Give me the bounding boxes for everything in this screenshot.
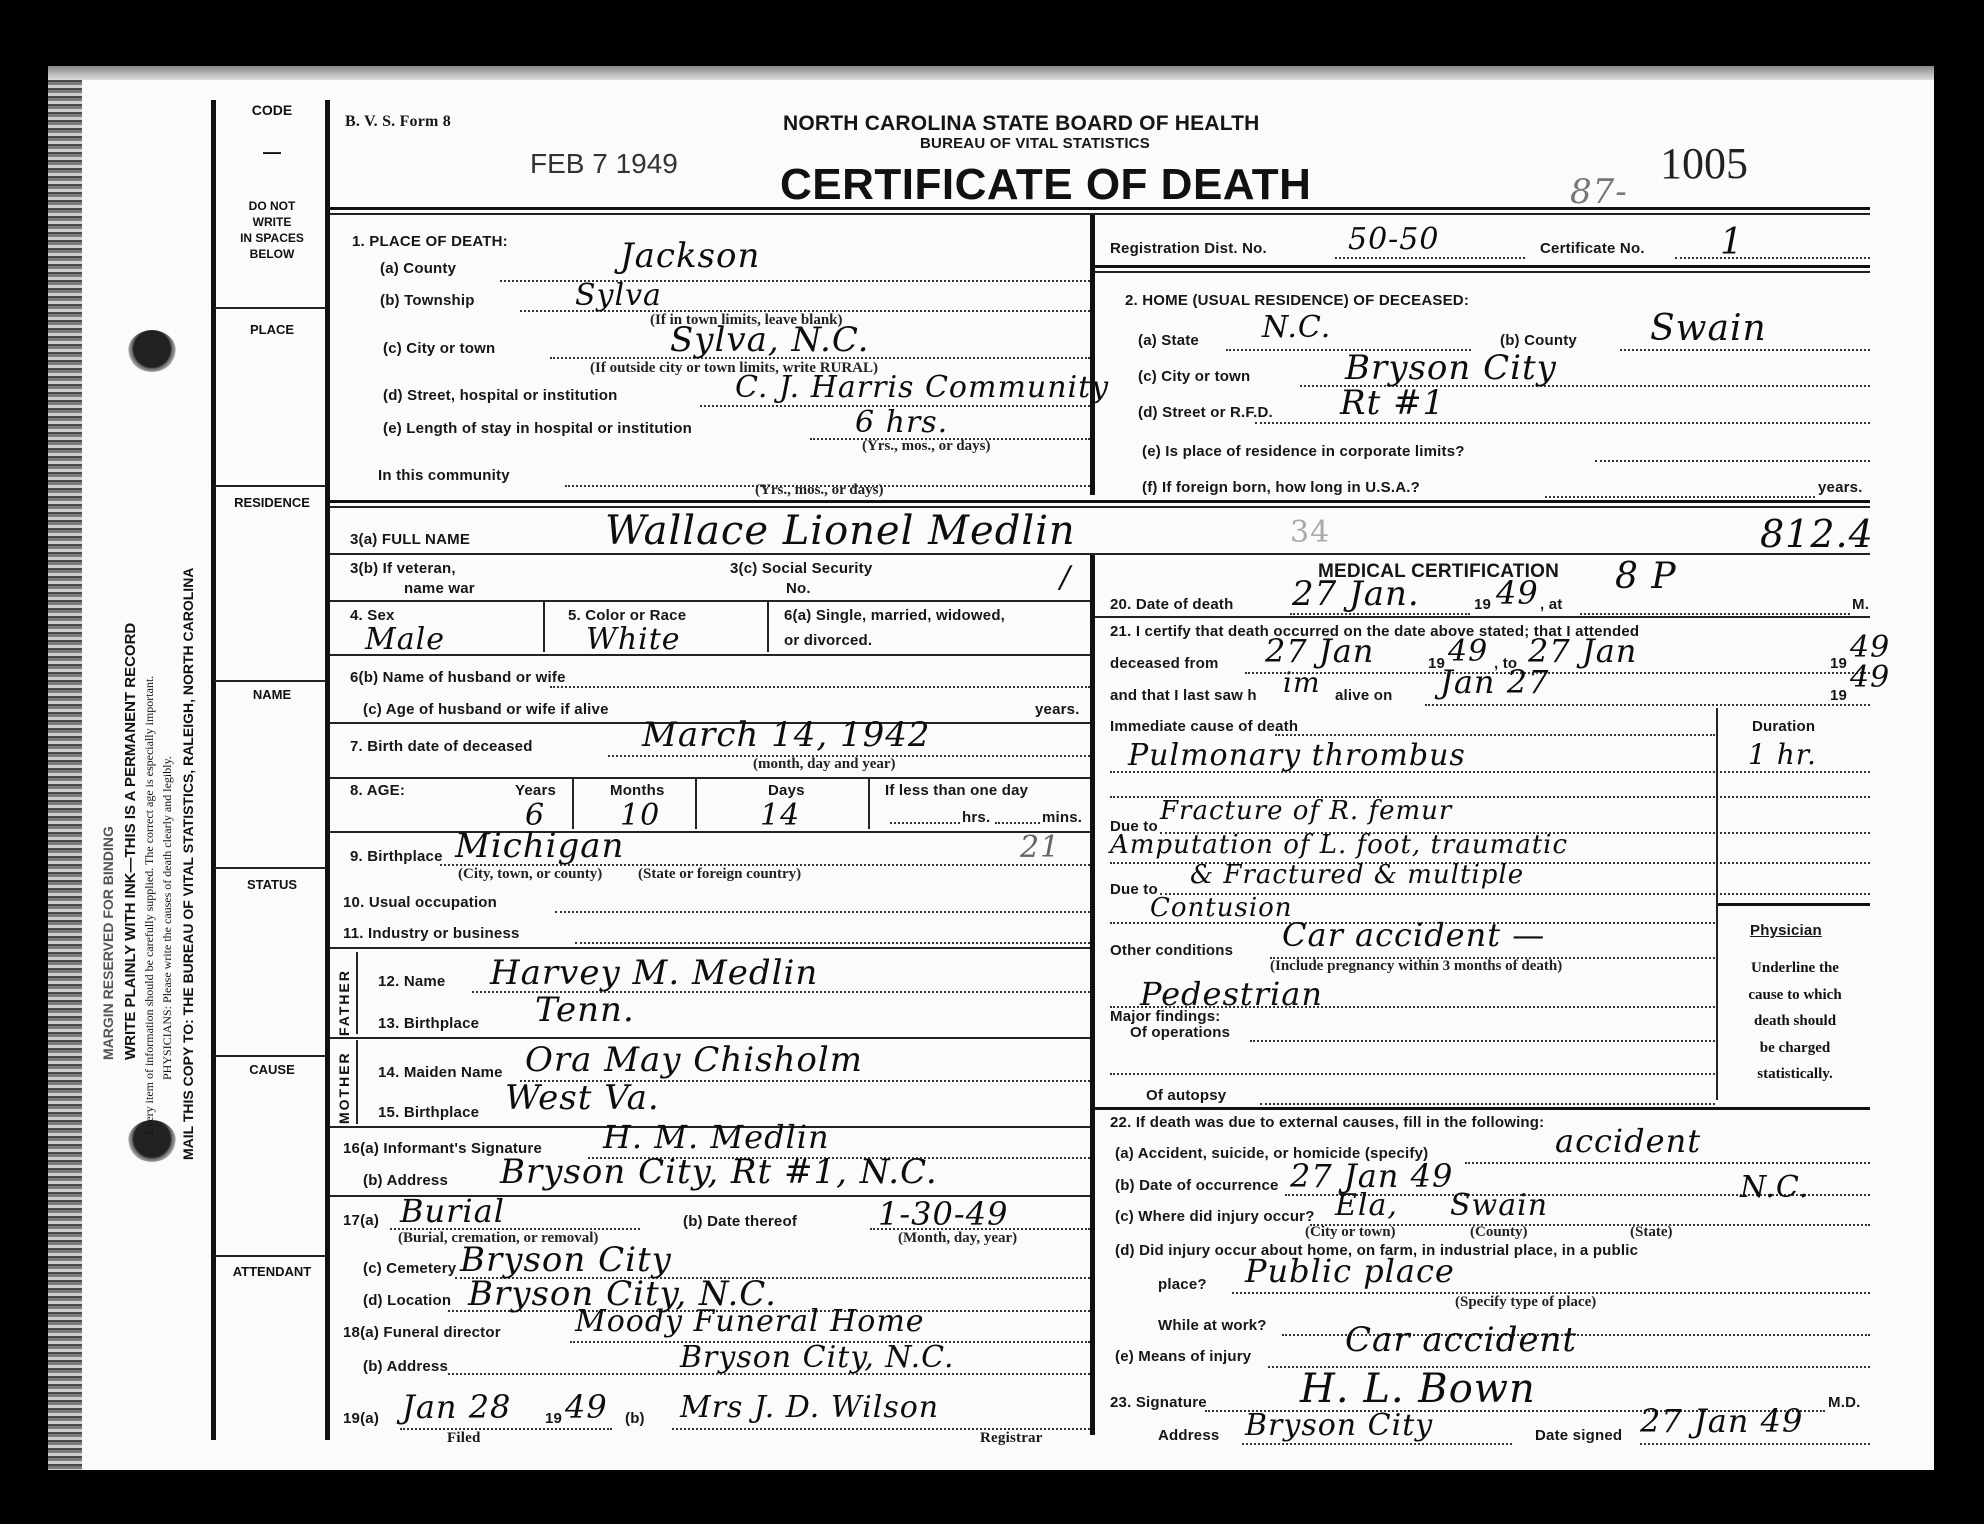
rule-12 — [330, 947, 1090, 949]
spouse-age-unit: years. — [1035, 701, 1080, 718]
death-m-label: M. — [1852, 596, 1869, 613]
code-note-line: BELOW — [216, 246, 328, 262]
duration-line-5 — [1720, 893, 1870, 895]
cemetery-label: (c) Cemetery — [363, 1260, 456, 1277]
foreign-line — [1545, 496, 1815, 498]
certificate-title: CERTIFICATE OF DEATH — [780, 160, 1311, 210]
filed-caption: Filed — [447, 1430, 481, 1447]
death-city[interactable]: Sylva, N.C. — [670, 320, 869, 360]
foreign-unit: years. — [1818, 479, 1863, 496]
death-date[interactable]: 27 Jan. — [1292, 574, 1420, 614]
registration-dist[interactable]: 50-50 — [1348, 222, 1439, 257]
name-pencil-note: 34 — [1290, 515, 1330, 550]
duration-line-2 — [1720, 796, 1870, 798]
res-county-line — [1620, 349, 1870, 351]
physician-note-line: death should — [1720, 1008, 1870, 1035]
code-column-left-border — [211, 100, 216, 1440]
registrar-caption: Registrar — [980, 1430, 1043, 1447]
means-label: (e) Means of injury — [1115, 1348, 1251, 1365]
duration-line-1 — [1720, 771, 1870, 773]
birth-date[interactable]: March 14, 1942 — [642, 715, 931, 755]
physician-address-line — [1242, 1443, 1512, 1445]
residence-state-label: (a) State — [1138, 332, 1199, 349]
other-conditions-label: Other conditions — [1110, 942, 1233, 959]
occurrence-date-label: (b) Date of occurrence — [1115, 1177, 1279, 1194]
occupation-label: 10. Usual occupation — [343, 894, 497, 911]
death-stay[interactable]: 6 hrs. — [855, 405, 948, 440]
margin-write-plainly: WRITE PLAINLY WITH INK—THIS IS A PERMANE… — [122, 623, 139, 1060]
death-year-prefix: 19 — [1474, 596, 1491, 613]
burial-date[interactable]: 1-30-49 — [878, 1195, 1008, 1233]
due-to-1a[interactable]: Fracture of R. femur — [1160, 796, 1452, 826]
registration-dist-label: Registration Dist. No. — [1110, 240, 1267, 257]
physician-note-line: Underline the — [1720, 955, 1870, 982]
code-section-status: STATUS — [216, 877, 328, 892]
hrs-line — [890, 822, 960, 824]
physician-address[interactable]: Bryson City — [1245, 1408, 1433, 1443]
age-label: 8. AGE: — [350, 782, 405, 799]
registrar-signature[interactable]: Mrs J. D. Wilson — [680, 1390, 939, 1425]
registration-rule-2 — [1095, 271, 1870, 273]
alive-on-label: alive on — [1335, 687, 1392, 704]
rule-9 — [330, 831, 1090, 833]
sex-value[interactable]: Male — [365, 622, 445, 657]
certificate-no[interactable]: 1 — [1720, 222, 1744, 263]
corporate-line — [1595, 460, 1870, 462]
code-divider — [214, 307, 326, 309]
cause-code-number: 812.4 — [1760, 512, 1874, 556]
death-time[interactable]: 8 P — [1615, 556, 1677, 597]
filed-label: 19(a) — [343, 1410, 379, 1427]
name-rule-bottom — [330, 553, 1870, 555]
mother-birthplace[interactable]: West Va. — [505, 1078, 660, 1118]
code-note-line: IN SPACES — [216, 230, 328, 246]
burial-date-note: (Month, day, year) — [898, 1230, 1017, 1247]
marital-label-2: or divorced. — [784, 632, 872, 649]
date-signed-line — [1640, 1443, 1870, 1445]
death-time-line — [1580, 613, 1850, 615]
alive-year-prefix: 19 — [1830, 687, 1847, 704]
father-side-label: FATHER — [336, 969, 352, 1036]
last-saw-him[interactable]: im — [1283, 666, 1321, 699]
veteran-label-2: name war — [404, 580, 475, 597]
race-marital-divider — [767, 602, 769, 652]
birth-date-note: (month, day and year) — [753, 756, 896, 773]
physician-address-label: Address — [1158, 1427, 1219, 1444]
age-divider-3 — [868, 779, 870, 829]
mother-birthplace-label: 15. Birthplace — [378, 1104, 479, 1121]
father-name[interactable]: Harvey M. Medlin — [490, 953, 818, 993]
code-note-line: DO NOT — [216, 198, 328, 214]
code-section-residence: RESIDENCE — [216, 495, 328, 510]
margin-mail-to: MAIL THIS COPY TO: THE BUREAU OF VITAL S… — [180, 568, 196, 1160]
industry-label: 11. Industry or business — [343, 925, 520, 942]
burial-date-label: (b) Date thereof — [683, 1213, 797, 1230]
age-months[interactable]: 10 — [620, 798, 660, 833]
mins-line — [995, 822, 1040, 824]
middle-divider-bottom — [1090, 555, 1095, 1435]
age-days[interactable]: 14 — [760, 798, 800, 833]
community-label: In this community — [378, 467, 510, 484]
father-name-label: 12. Name — [378, 973, 445, 990]
alive-on-year[interactable]: 49 — [1850, 660, 1890, 695]
county-label: (a) County — [380, 260, 456, 277]
where-state[interactable]: N.C. — [1740, 1170, 1809, 1205]
attended-from-date[interactable]: 27 Jan — [1265, 632, 1374, 670]
pregnancy-note: (Include pregnancy within 3 months of de… — [1270, 958, 1562, 975]
spouse-name-label: 6(b) Name of husband or wife — [350, 669, 566, 686]
days-label: Days — [768, 782, 805, 799]
where-city[interactable]: Ela, — [1335, 1188, 1398, 1223]
form-id: B. V. S. Form 8 — [345, 113, 451, 131]
dist-line — [1335, 257, 1525, 259]
md-label: M.D. — [1828, 1394, 1860, 1411]
due-to-2a[interactable]: & Fractured & multiple — [1190, 860, 1524, 890]
birthplace[interactable]: Michigan — [455, 826, 624, 866]
death-street[interactable]: C. J. Harris Community — [735, 370, 1109, 405]
immediate-cause-line-2 — [1110, 771, 1715, 773]
autopsy-label: Of autopsy — [1146, 1087, 1226, 1104]
residence-heading: 2. HOME (USUAL RESIDENCE) OF DECEASED: — [1125, 292, 1469, 309]
margin-physicians-note: PHYSICIANS: Please write the causes of d… — [160, 756, 175, 1080]
due-to-1b[interactable]: Amputation of L. foot, traumatic — [1110, 830, 1568, 860]
birth-date-label: 7. Birth date of deceased — [350, 738, 533, 755]
rule-21 — [1095, 616, 1870, 618]
township-label: (b) Township — [380, 292, 475, 309]
registration-rule — [1095, 265, 1870, 268]
where-label: (c) Where did injury occur? — [1115, 1208, 1315, 1225]
mother-bracket — [356, 1040, 358, 1124]
hrs-label: hrs. — [962, 809, 990, 826]
code-column-right-border — [325, 100, 330, 1440]
death-date-label: 20. Date of death — [1110, 596, 1233, 613]
place-heading: 1. PLACE OF DEATH: — [352, 233, 508, 250]
rule-4 — [330, 600, 1090, 602]
code-section-cause: CAUSE — [216, 1062, 328, 1077]
duration-line-3 — [1720, 832, 1870, 834]
name-rule-top — [330, 500, 1870, 503]
full-name[interactable]: Wallace Lionel Medlin — [605, 508, 1076, 554]
veteran-label: 3(b) If veteran, — [350, 560, 456, 577]
date-signed-label: Date signed — [1535, 1427, 1622, 1444]
punch-hole-top — [128, 330, 176, 372]
alive-line — [1425, 704, 1870, 706]
physician-box-top — [1718, 903, 1870, 906]
major-findings-label: Major findings: — [1110, 1008, 1221, 1025]
residence-county[interactable]: Swain — [1650, 308, 1767, 349]
industry-line — [575, 942, 1090, 944]
code-section-name: NAME — [216, 687, 328, 702]
due-to-2b[interactable]: Contusion — [1150, 893, 1293, 923]
mother-maiden-label: 14. Maiden Name — [378, 1064, 503, 1081]
city-label: (c) City or town — [383, 340, 495, 357]
operations-line — [1250, 1040, 1715, 1042]
agency-name: NORTH CAROLINA STATE BOARD OF HEALTH — [783, 112, 1260, 136]
duration-line-4 — [1720, 862, 1870, 864]
physician-title: Physician — [1750, 922, 1822, 939]
years-label: Years — [515, 782, 556, 799]
rule-8 — [330, 777, 1090, 779]
spouse-line — [550, 686, 1090, 688]
code-section-attendant: ATTENDANT — [216, 1264, 328, 1279]
bureau-name: BUREAU OF VITAL STATISTICS — [920, 135, 1150, 152]
operations-label: Of operations — [1130, 1024, 1230, 1041]
rule-6b — [330, 654, 1090, 656]
full-name-label: 3(a) FULL NAME — [350, 531, 470, 548]
to-year-prefix: 19 — [1830, 655, 1847, 672]
father-bracket — [356, 952, 358, 1034]
informant-signature[interactable]: H. M. Medlin — [603, 1118, 830, 1156]
code-divider — [214, 1255, 326, 1257]
director-address-label: (b) Address — [363, 1358, 448, 1375]
autopsy-line — [1260, 1103, 1715, 1105]
alive-on-date[interactable]: Jan 27 — [1440, 663, 1549, 701]
death-township[interactable]: Sylva — [575, 278, 662, 313]
father-birthplace[interactable]: Tenn. — [535, 990, 635, 1030]
injury-place-note: (Specify type of place) — [1455, 1294, 1596, 1311]
marital-label: 6(a) Single, married, widowed, — [784, 607, 1005, 624]
while-at-work-label: While at work? — [1158, 1317, 1267, 1334]
code-note: DO NOT WRITE IN SPACES BELOW — [216, 198, 328, 262]
code-header: CODE — [216, 102, 328, 118]
injury-place[interactable]: Public place — [1245, 1252, 1455, 1290]
ssn-value[interactable]: / — [1060, 560, 1071, 595]
sex-race-divider — [543, 602, 545, 652]
registrar-label: (b) — [625, 1410, 645, 1427]
certificate-no-label: Certificate No. — [1540, 240, 1645, 257]
birthplace-code: 21 — [1020, 830, 1060, 865]
code-note-line: WRITE — [216, 214, 328, 230]
less-than-day-label: If less than one day — [885, 782, 1028, 799]
informant-address[interactable]: Bryson City, Rt #1, N.C. — [500, 1152, 938, 1192]
attended-line — [1245, 672, 1870, 674]
middle-divider-top — [1090, 215, 1095, 495]
father-birthplace-label: 13. Birthplace — [378, 1015, 479, 1032]
residence-county-label: (b) County — [1500, 332, 1577, 349]
physician-note: Underline the cause to which death shoul… — [1720, 955, 1870, 1088]
residence-state[interactable]: N.C. — [1262, 310, 1331, 345]
external-type[interactable]: accident — [1555, 1122, 1701, 1160]
funeral-director[interactable]: Moody Funeral Home — [575, 1304, 925, 1339]
rule-mother — [330, 1037, 1090, 1039]
rule-22 — [1095, 1107, 1870, 1110]
burial-type[interactable]: Burial — [400, 1192, 505, 1230]
external-heading: 22. If death was due to external causes,… — [1110, 1114, 1544, 1131]
birthplace-note-city: (City, town, or county) — [458, 866, 602, 883]
code-divider — [214, 485, 326, 487]
paper-top-edge — [48, 66, 1934, 80]
other-conditions[interactable]: Car accident — — [1282, 916, 1545, 954]
filed-line — [400, 1428, 612, 1430]
ssn-label-2: No. — [786, 580, 811, 597]
stay-label: (e) Length of stay in hospital or instit… — [383, 420, 692, 437]
physician-note-line: cause to which — [1720, 982, 1870, 1009]
injury-place-label-2: place? — [1158, 1276, 1207, 1293]
operations-line-2 — [1110, 1073, 1715, 1075]
location-label: (d) Location — [363, 1292, 451, 1309]
residence-city[interactable]: Bryson City — [1345, 348, 1557, 388]
birthplace-note-state: (State or foreign country) — [638, 866, 801, 883]
duration-label: Duration — [1752, 718, 1815, 735]
attended-from-label: deceased from — [1110, 655, 1218, 672]
stay-note: (Yrs., mos., or days) — [862, 438, 990, 455]
certificate-paper — [48, 66, 1934, 1470]
margin-information-note: Every item of information should be care… — [142, 676, 157, 1135]
physician-note-line: be charged — [1720, 1035, 1870, 1062]
filed-year[interactable]: 49 — [565, 1388, 608, 1426]
certificate-serial: 1005 — [1660, 138, 1748, 189]
death-at-label: , at — [1540, 596, 1562, 613]
binding-margin — [48, 66, 82, 1470]
mother-side-label: MOTHER — [336, 1051, 352, 1124]
immediate-cause[interactable]: Pulmonary thrombus — [1128, 738, 1466, 773]
code-divider — [214, 1055, 326, 1057]
immediate-cause-line — [1275, 734, 1715, 736]
name-rule-top-2 — [330, 506, 1870, 508]
date-signed[interactable]: 27 Jan 49 — [1640, 1402, 1803, 1440]
funeral-director-label: 18(a) Funeral director — [343, 1324, 501, 1341]
corporate-limits-label: (e) Is place of residence in corporate l… — [1142, 443, 1465, 460]
header-rule — [330, 207, 1870, 210]
age-divider-1 — [572, 779, 574, 829]
residence-street[interactable]: Rt #1 — [1340, 383, 1445, 423]
race-value[interactable]: White — [586, 622, 681, 657]
community-note: (Yrs., mos., or days) — [755, 482, 883, 499]
mins-label: mins. — [1042, 809, 1082, 826]
burial-label: 17(a) — [343, 1212, 379, 1229]
residence-city-label: (c) City or town — [1138, 368, 1250, 385]
where-city-note: (City or town) — [1305, 1224, 1396, 1241]
street-label: (d) Street, hospital or institution — [383, 387, 618, 404]
filed-date[interactable]: Jan 28 — [402, 1388, 511, 1426]
code-dash: — — [216, 142, 328, 163]
physician-note-line: statistically. — [1720, 1061, 1870, 1088]
code-divider — [214, 680, 326, 682]
duration-value[interactable]: 1 hr. — [1748, 738, 1817, 771]
funeral-director-address[interactable]: Bryson City, N.C. — [680, 1340, 955, 1375]
filed-year-prefix: 19 — [545, 1410, 562, 1427]
mother-maiden-name[interactable]: Ora May Chisholm — [525, 1040, 863, 1080]
death-year[interactable]: 49 — [1496, 574, 1539, 612]
last-saw-label: and that I last saw h — [1110, 687, 1257, 704]
death-county[interactable]: Jackson — [620, 236, 760, 276]
where-county-note: (County) — [1470, 1224, 1528, 1241]
margin-binding-text: MARGIN RESERVED FOR BINDING — [100, 826, 116, 1060]
occupation-line — [555, 911, 1090, 913]
foreign-born-label: (f) If foreign born, how long in U.S.A.? — [1142, 479, 1420, 496]
physician-signature[interactable]: H. L. Bown — [1300, 1366, 1536, 1412]
signature-label: 23. Signature — [1110, 1394, 1207, 1411]
received-stamp: FEB 7 1949 — [530, 148, 678, 180]
handwritten-prefix: 87- — [1570, 172, 1628, 212]
cert-line — [1675, 257, 1870, 259]
ssn-label: 3(c) Social Security — [730, 560, 872, 577]
spouse-age-label: (c) Age of husband or wife if alive — [363, 701, 609, 718]
means-of-injury[interactable]: Car accident — [1345, 1320, 1577, 1360]
external-type-line — [1465, 1162, 1870, 1164]
residence-street-label: (d) Street or R.F.D. — [1138, 404, 1273, 421]
header-rule-2 — [330, 213, 1870, 215]
months-label: Months — [610, 782, 665, 799]
birthplace-label: 9. Birthplace — [350, 848, 443, 865]
code-section-place: PLACE — [216, 322, 328, 337]
immediate-cause-label: Immediate cause of death — [1110, 718, 1298, 735]
where-state-note: (State) — [1630, 1224, 1672, 1241]
where-county[interactable]: Swain — [1450, 1188, 1548, 1223]
age-divider-2 — [695, 779, 697, 829]
code-divider — [214, 867, 326, 869]
informant-address-label: (b) Address — [363, 1172, 448, 1189]
